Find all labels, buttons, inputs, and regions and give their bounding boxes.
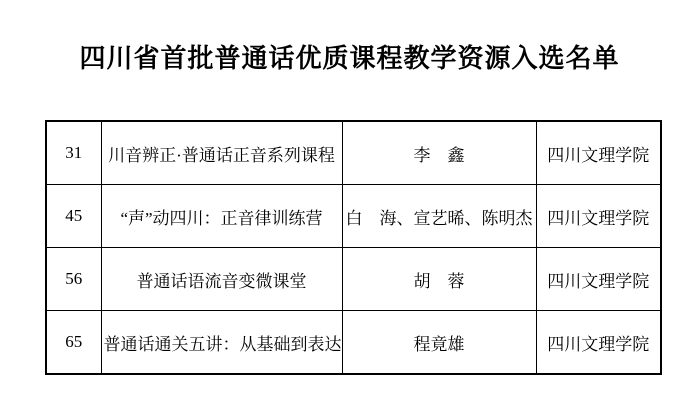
cell-institution: 四川文理学院 xyxy=(536,185,661,248)
cell-authors: 白 海、宣艺晞、陈明杰 xyxy=(342,185,536,248)
cell-authors: 胡 蓉 xyxy=(342,248,536,311)
cell-institution: 四川文理学院 xyxy=(536,121,661,185)
document-page: { "title": "四川省首批普通话优质课程教学资源入选名单", "colo… xyxy=(0,0,699,420)
cell-institution: 四川文理学院 xyxy=(536,311,661,375)
cell-number: 65 xyxy=(46,311,101,375)
table-row: 56 普通话语流音变微课堂 胡 蓉 四川文理学院 xyxy=(46,248,661,311)
cell-course: 普通话通关五讲：从基础到表达 xyxy=(101,311,342,375)
cell-course: 普通话语流音变微课堂 xyxy=(101,248,342,311)
table-row: 31 川音辨正·普通话正音系列课程 李 鑫 四川文理学院 xyxy=(46,121,661,185)
table-row: 65 普通话通关五讲：从基础到表达 程竟雄 四川文理学院 xyxy=(46,311,661,375)
cell-number: 31 xyxy=(46,121,101,185)
table-row: 45 “声”动四川：正音律训练营 白 海、宣艺晞、陈明杰 四川文理学院 xyxy=(46,185,661,248)
cell-course: “声”动四川：正音律训练营 xyxy=(101,185,342,248)
cell-authors: 李 鑫 xyxy=(342,121,536,185)
cell-number: 56 xyxy=(46,248,101,311)
cell-institution: 四川文理学院 xyxy=(536,248,661,311)
page-title: 四川省首批普通话优质课程教学资源入选名单 xyxy=(0,38,699,75)
award-roster-table: 31 川音辨正·普通话正音系列课程 李 鑫 四川文理学院 45 “声”动四川：正… xyxy=(45,120,662,375)
cell-number: 45 xyxy=(46,185,101,248)
cell-course: 川音辨正·普通话正音系列课程 xyxy=(101,121,342,185)
cell-authors: 程竟雄 xyxy=(342,311,536,375)
